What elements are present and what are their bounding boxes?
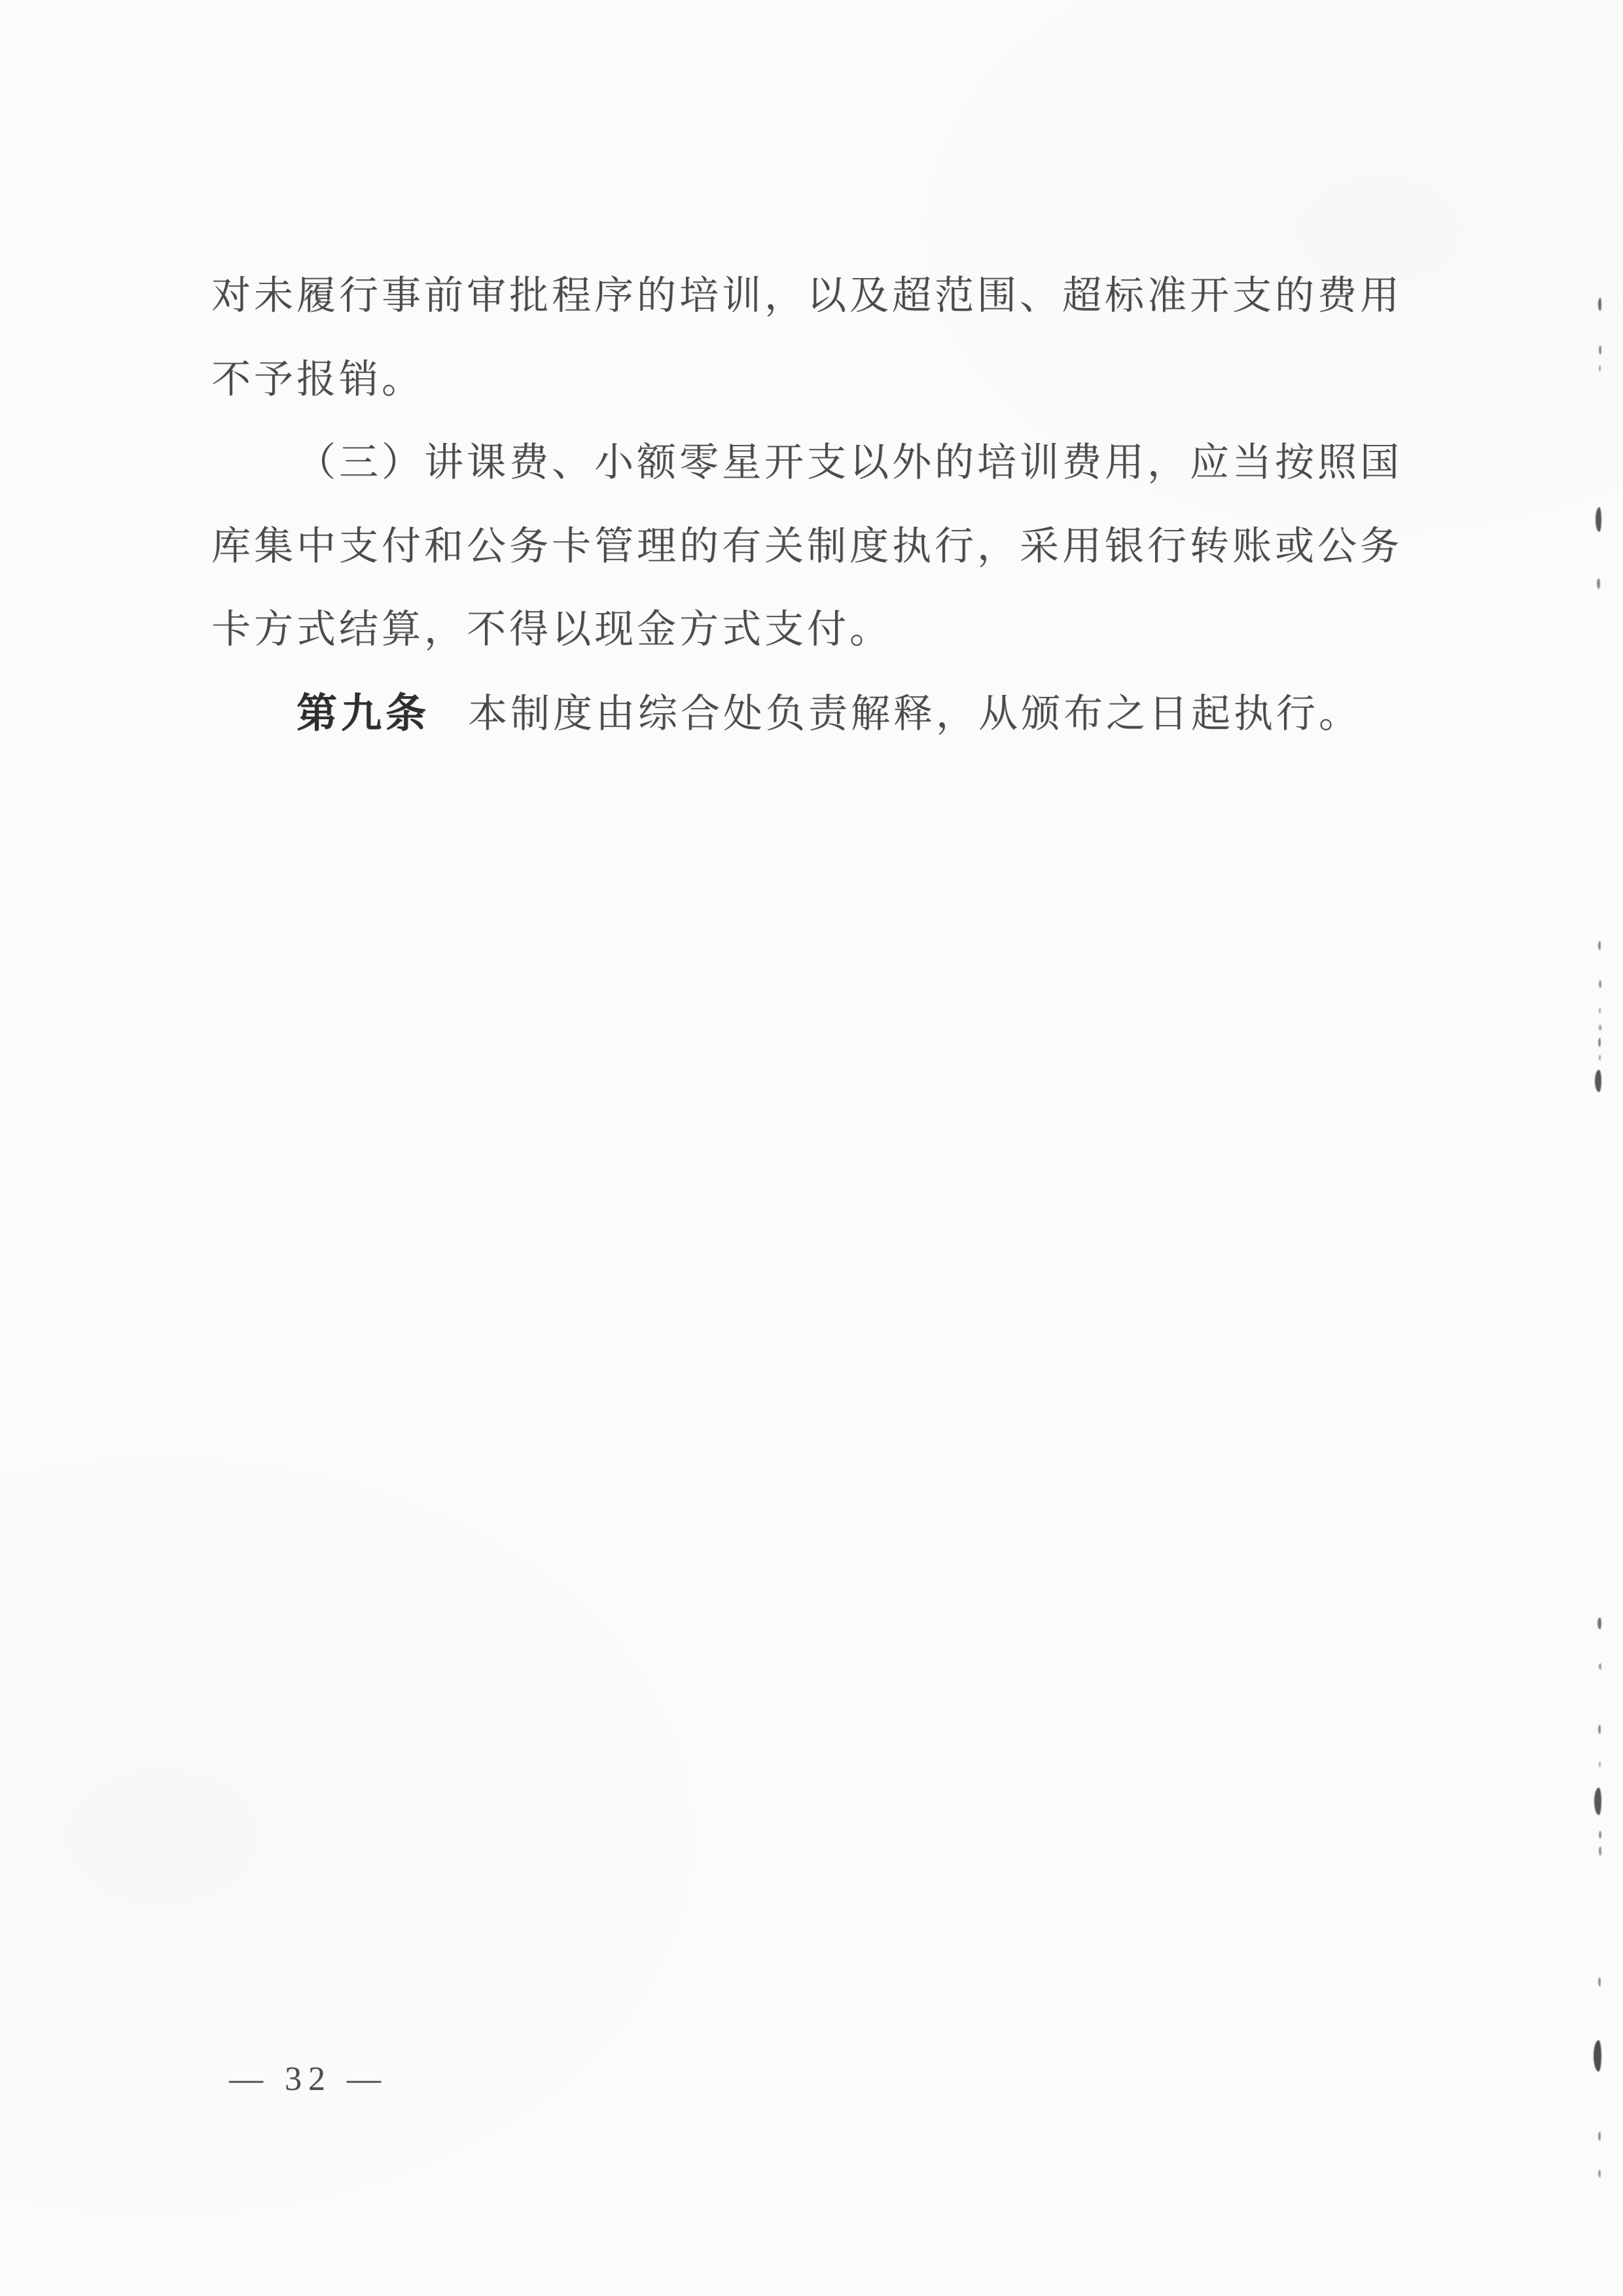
document-page: 对未履行事前审批程序的培训，以及超范围、超标准开支的费用 不予报销。 （三）讲课… (0, 0, 1623, 2296)
scan-artifact (1598, 2132, 1601, 2141)
scan-artifact (1599, 1663, 1601, 1670)
body-line-6: 第九条本制度由综合处负责解释，从颁布之日起执行。 (211, 672, 1429, 756)
article-number-label: 第九条 (296, 691, 430, 736)
body-line-2: 不予报销。 (211, 338, 1429, 422)
scan-artifact (1599, 1846, 1601, 1856)
article-text: 本制度由综合处负责解释，从颁布之日起执行。 (468, 692, 1361, 735)
body-line-3: （三）讲课费、小额零星开支以外的培训费用，应当按照国 (211, 421, 1429, 505)
scan-artifact (1598, 1977, 1601, 1987)
scan-artifact (1599, 1831, 1601, 1839)
scan-artifact (1597, 578, 1600, 589)
body-line-5: 卡方式结算，不得以现金方式支付。 (211, 588, 1429, 672)
scan-artifact (1599, 1761, 1601, 1767)
scan-artifact (1599, 365, 1601, 372)
scan-artifact (1594, 1788, 1601, 1815)
body-line-4: 库集中支付和公务卡管理的有关制度执行，采用银行转账或公务 (211, 505, 1429, 589)
scan-artifact (1599, 1055, 1601, 1061)
scan-artifact (1599, 1025, 1601, 1031)
scan-artifact (1599, 345, 1601, 355)
scan-artifact (1598, 1725, 1601, 1734)
scan-artifact (1598, 941, 1601, 950)
scan-artifact (1597, 1617, 1601, 1629)
page-number: — 32 — (229, 2060, 387, 2098)
body-line-1: 对未履行事前审批程序的培训，以及超范围、超标准开支的费用 (211, 255, 1429, 338)
scan-artifact (1598, 1038, 1601, 1047)
scan-artifact (1594, 2040, 1601, 2072)
scan-artifact (1596, 507, 1601, 532)
scan-artifact (1598, 2170, 1601, 2178)
scan-artifact (1599, 980, 1601, 988)
body-text: 对未履行事前审批程序的培训，以及超范围、超标准开支的费用 不予报销。 （三）讲课… (211, 255, 1429, 755)
scan-artifact (1598, 298, 1601, 311)
scan-artifact (1595, 1070, 1601, 1092)
scan-artifact (1599, 1008, 1601, 1014)
